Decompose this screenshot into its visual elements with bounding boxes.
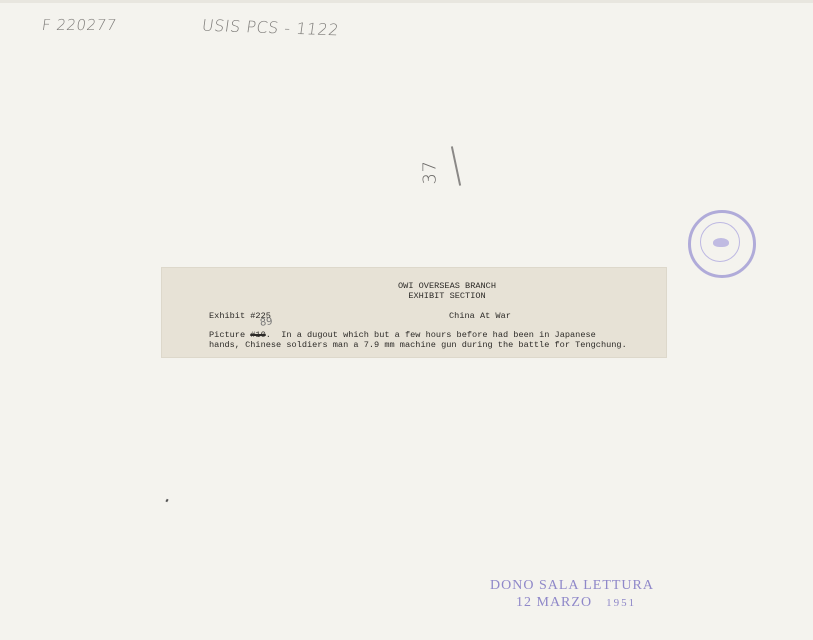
label-header-section: EXHIBIT SECTION <box>162 291 666 301</box>
stamp-year: 1951 <box>606 597 636 609</box>
exhibit-title: China At War <box>449 311 511 321</box>
stamp-day-month: 12 MARZO <box>516 595 592 610</box>
handwritten-reference-number: F 220277 <box>41 16 118 34</box>
pencil-picture-number: 89 <box>259 317 273 329</box>
label-header-branch: OWI OVERSEAS BRANCH <box>162 281 666 291</box>
ink-speck <box>165 499 168 503</box>
embassy-seal-stamp <box>688 210 756 278</box>
struck-picture-number: #10 <box>250 330 265 340</box>
library-stamp-date: 12 MARZO1951 <box>516 595 636 611</box>
handwritten-usis-reference: USIS PCS - 1122 <box>201 16 341 40</box>
caption-line-2: hands, Chinese soldiers man a 7.9 mm mac… <box>209 340 627 350</box>
seal-inner-ring <box>700 222 740 262</box>
handwritten-page-number: 37 <box>419 161 440 185</box>
library-stamp-line1: DONO SALA LETTURA <box>490 578 654 594</box>
caption-text-1: . In a dugout which but a few hours befo… <box>266 330 596 340</box>
caption-line-1: Picture #10. In a dugout which but a few… <box>209 330 596 340</box>
picture-label: Picture <box>209 330 250 340</box>
page-top-edge <box>0 0 813 3</box>
handwritten-slash-mark <box>451 146 461 186</box>
typed-caption-label: OWI OVERSEAS BRANCH EXHIBIT SECTION Exhi… <box>162 268 666 357</box>
seal-emblem-icon <box>713 238 729 247</box>
